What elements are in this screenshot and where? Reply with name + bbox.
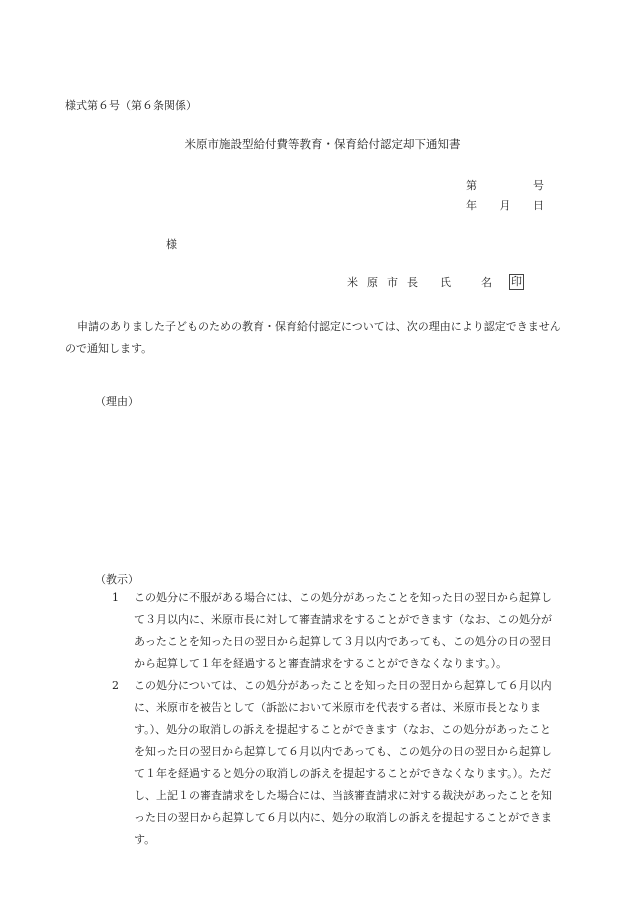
issuer-char: 米 [347,274,358,290]
issuer-char: 氏 [440,274,451,290]
issuer-char: 名 [481,274,492,290]
instruction-text: この処分については、この処分があったことを知った日の翌日から起算して６月以内に、… [112,675,552,851]
reason-label: （理由） [95,393,139,409]
instruction-number: 1 [112,587,119,609]
body-text: 申請のありました子どものための教育・保育給付認定については、次の理由により認定で… [65,316,565,360]
instruction-item: 1 この処分に不服がある場合には、この処分があったことを知った日の翌日から起算し… [112,587,552,675]
instruction-text: この処分に不服がある場合には、この処分があったことを知った日の翌日から起算して３… [112,587,552,675]
document-title: 米原市施設型給付費等教育・保育給付認定却下通知書 [0,136,630,152]
seal-stamp: 印 [509,274,524,290]
addressee: 様 [166,236,177,252]
instruction-label: （教示） [95,571,139,587]
issuer-char: 原 [367,274,378,290]
instruction-item: 2 この処分については、この処分があったことを知った日の翌日から起算して６月以内… [112,675,552,851]
instruction-number: 2 [112,675,119,697]
issuer-char: 市 [387,274,398,290]
issuer-char: 長 [407,274,418,290]
form-number: 様式第６号（第６条関係） [65,97,197,113]
date-line: 年 月 日 [466,197,544,213]
date-month: 月 [500,197,511,213]
document-number-line: 第 号 [466,177,544,193]
date-year: 年 [466,197,477,213]
number-prefix: 第 [466,177,477,193]
reason-text [95,415,565,555]
number-suffix: 号 [533,177,544,193]
issuer-signature: 米 原 市 長 氏 名 印 [347,274,524,290]
date-day: 日 [533,197,544,213]
